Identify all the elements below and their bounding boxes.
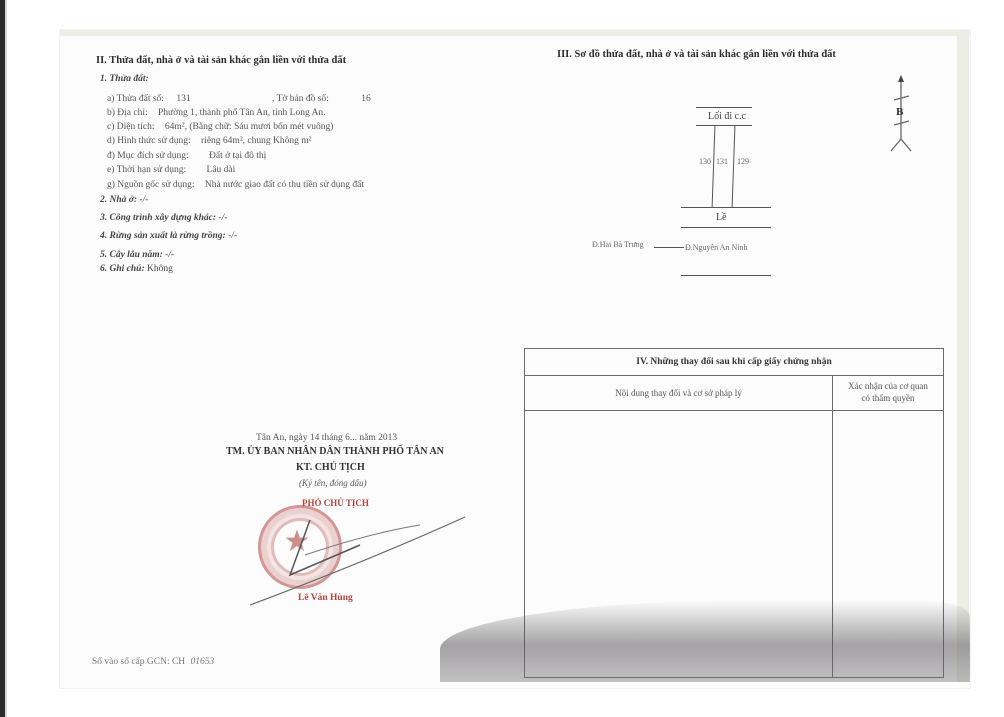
term-value: Lâu dài [207, 165, 236, 175]
purpose-label: đ) Mục đích sử dụng: [107, 151, 189, 161]
map-sheet-value: 16 [361, 94, 371, 104]
table-header-row: Nội dung thay đổi và cơ sở pháp lý Xác n… [525, 376, 943, 411]
planted-forest-row: 4. Rừng sản xuất là rừng trồng: -/- [100, 231, 237, 241]
signer-role: KT. CHỦ TỊCH [296, 462, 365, 473]
area-label: c) Diện tích: [107, 122, 154, 132]
origin-value: Nhà nước giao đất có thu tiền sử dụng đấ… [205, 180, 364, 190]
sketch-street-bottom [681, 275, 771, 276]
authority-header-line2: có thẩm quyền [833, 392, 943, 404]
north-label: B [896, 106, 903, 118]
viewer-left-edge-border [5, 0, 7, 717]
parcel-number-label: a) Thửa đất số: [107, 94, 164, 104]
section-2-title: II. Thửa đất, nhà ở và tài sản khác gắn … [96, 55, 346, 66]
sketch-road-line [696, 125, 752, 126]
handwritten-signature [250, 505, 480, 615]
parcel-number-row: a) Thửa đất số: 131 [107, 94, 191, 104]
authority-confirmation-cell [833, 411, 943, 677]
changes-table: IV. Những thay đổi sau khi cấp giấy chứn… [524, 348, 944, 678]
address-label: b) Địa chỉ: [107, 108, 148, 118]
parcel-number-value: 131 [176, 94, 190, 104]
change-content-cell [525, 411, 833, 677]
perennial-trees-value: -/- [165, 250, 174, 260]
perennial-trees-label: 5. Cây lâu năm: [100, 250, 163, 260]
other-construction-value: -/- [218, 213, 227, 223]
sketch-top-line [696, 107, 752, 108]
map-sheet-row: , Tờ bản đồ số: 16 [272, 94, 371, 104]
issuing-authority: TM. ỦY BAN NHÂN DÂN THÀNH PHỐ TÂN AN [226, 446, 444, 457]
usage-form-value: riêng 64m², chung Không m² [201, 136, 311, 146]
term-label: e) Thời hạn sử dụng: [107, 165, 186, 175]
usage-form-label: d) Hình thức sử dụng: [107, 136, 191, 146]
origin-label: g) Nguồn gốc sử dụng: [107, 180, 194, 190]
address-row: b) Địa chỉ: Phường 1, thành phố Tân An, … [107, 108, 326, 118]
parcel-131: 131 [716, 157, 728, 166]
note-value: Không [147, 264, 173, 274]
note-label: 6. Ghi chú: [100, 264, 145, 274]
section-3-title: III. Sơ đồ thửa đất, nhà ở và tài sản kh… [557, 49, 836, 60]
signer-name: Lê Văn Hùng [298, 593, 353, 603]
registry-row: Số vào sổ cấp GCN: CH 01653 [92, 657, 214, 667]
sketch-sidewalk-bottom [681, 227, 771, 228]
area-value: 64m², (Bằng chữ: Sáu mươi bốn mét vuông) [165, 122, 334, 132]
street-hai-ba-trung: Đ.Hai Bà Trưng [592, 240, 644, 249]
section-2-1-title: 1. Thửa đất: [100, 74, 149, 84]
page-edge-strip [957, 30, 969, 682]
parcel-129: 129 [737, 157, 749, 166]
authority-header-line1: Xác nhận của cơ quan [833, 380, 943, 392]
planted-forest-value: -/- [228, 231, 237, 241]
house-label: 2. Nhà ở: [100, 195, 137, 205]
planted-forest-label: 4. Rừng sản xuất là rừng trồng: [100, 231, 226, 241]
purpose-value: Đất ở tại đô thị [209, 151, 266, 161]
other-construction-row: 3. Công trình xây dựng khác: -/- [100, 213, 227, 223]
sketch-sidewalk-top [681, 207, 771, 208]
parcel-130: 130 [699, 157, 711, 166]
house-value: -/- [139, 195, 148, 205]
section-4-title: IV. Những thay đổi sau khi cấp giấy chứn… [525, 349, 943, 376]
registry-value: 01653 [191, 657, 215, 667]
term-row: e) Thời hạn sử dụng: Lâu dài [107, 165, 235, 175]
perennial-trees-row: 5. Cây lâu năm: -/- [100, 250, 174, 260]
sidewalk-label: Lề [716, 212, 727, 223]
table-body [525, 411, 943, 677]
column-authority-confirmation: Xác nhận của cơ quan có thẩm quyền [833, 376, 943, 410]
issue-date: Tân An, ngày 14 tháng 6... năm 2013 [256, 433, 397, 443]
street-nguyen-an-ninh: Đ.Nguyễn An Ninh [685, 243, 747, 252]
address-value: Phường 1, thành phố Tân An, tỉnh Long An… [158, 108, 326, 118]
common-path-label: Lối đi c.c [708, 111, 746, 122]
area-row: c) Diện tích: 64m², (Bằng chữ: Sáu mươi … [107, 122, 333, 132]
sign-note: (Ký tên, đóng dấu) [299, 478, 367, 488]
map-sheet-label: , Tờ bản đồ số: [272, 94, 329, 104]
registry-label: Số vào sổ cấp GCN: CH [92, 657, 185, 667]
note-row: 6. Ghi chú: Không [100, 264, 173, 274]
origin-row: g) Nguồn gốc sử dụng: Nhà nước giao đất … [107, 180, 364, 190]
other-construction-label: 3. Công trình xây dựng khác: [100, 213, 216, 223]
house-row: 2. Nhà ở: -/- [100, 195, 148, 205]
street-connector [654, 247, 684, 248]
usage-form-row: d) Hình thức sử dụng: riêng 64m², chung … [107, 136, 311, 146]
column-change-content: Nội dung thay đổi và cơ sở pháp lý [525, 376, 833, 410]
purpose-row: đ) Mục đích sử dụng: Đất ở tại đô thị [107, 151, 266, 161]
